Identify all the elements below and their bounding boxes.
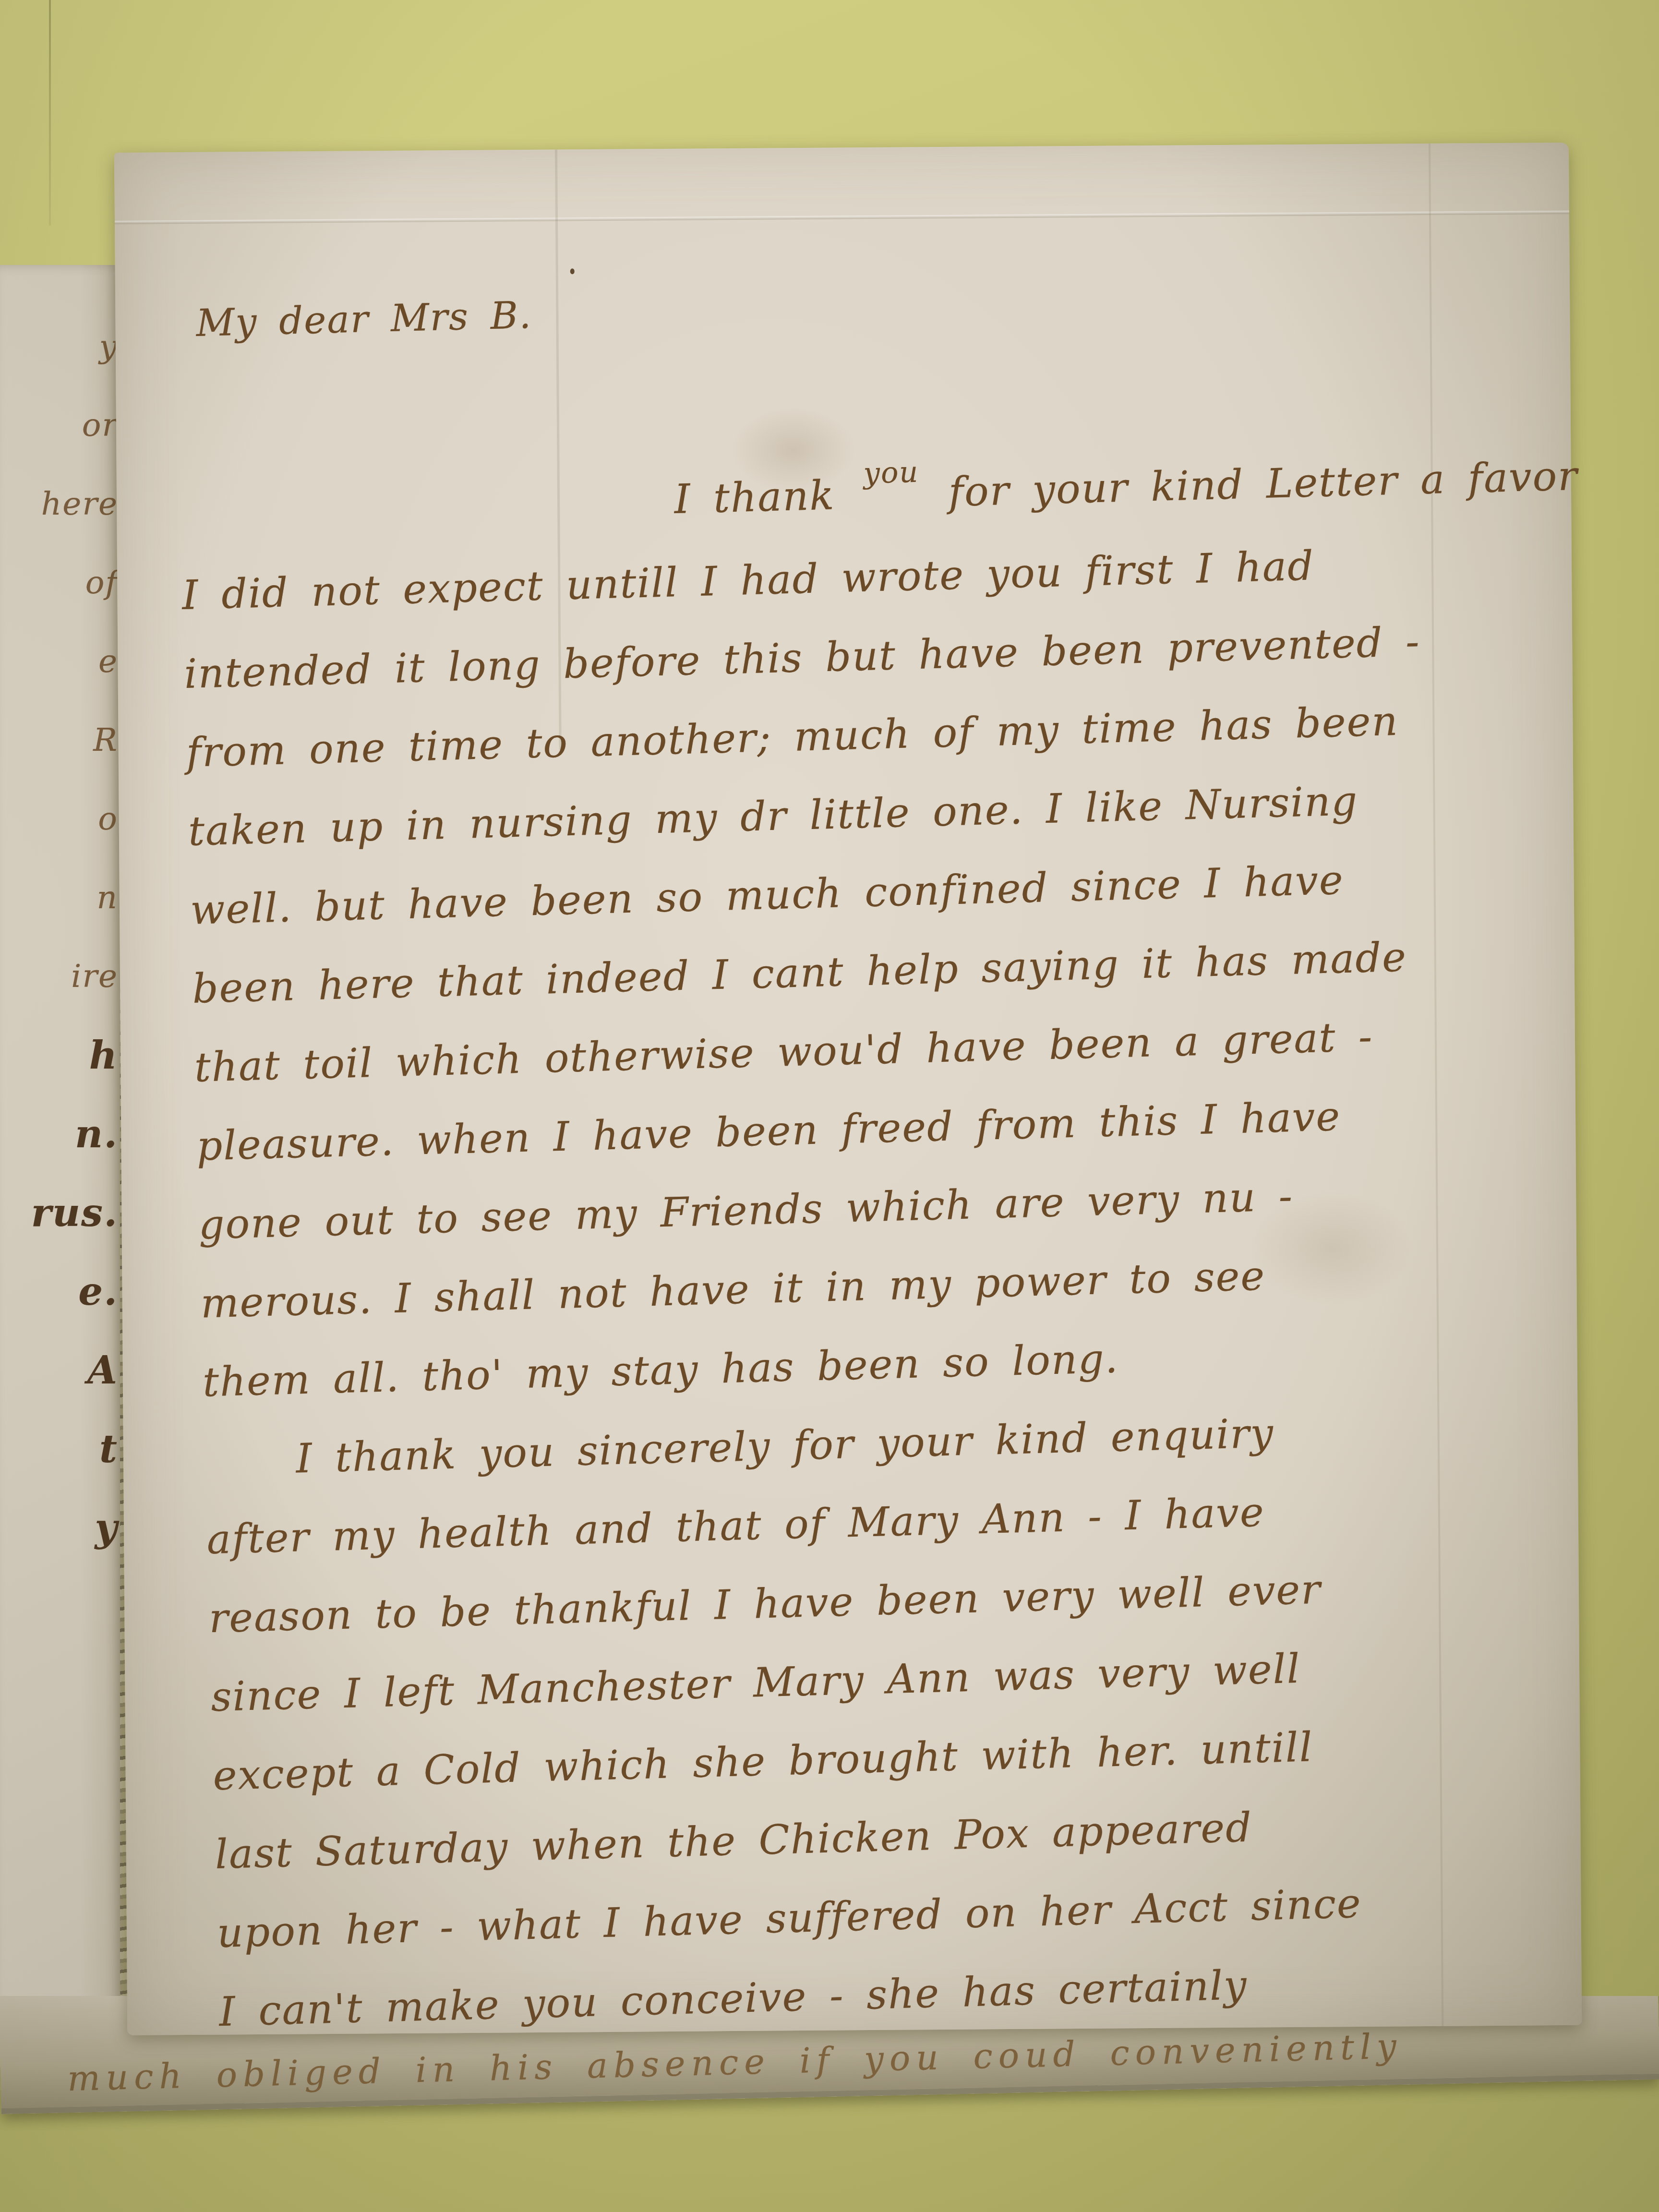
- facing-page-fragment: or: [0, 386, 121, 465]
- background-crease: [49, 0, 51, 226]
- salutation: My dear Mrs B.: [195, 294, 532, 345]
- horizontal-fold-crease: [115, 211, 1569, 224]
- facing-page-fragment: A: [0, 1331, 121, 1409]
- facing-page-fragment: e.: [0, 1252, 121, 1331]
- ink-blot: [570, 268, 575, 274]
- facing-page-fragment: n: [0, 858, 121, 937]
- facing-page-sliver: yorhereofeRonirehn.rus.e.Aty: [0, 265, 123, 2008]
- inserted-word-above-line: you: [863, 433, 920, 513]
- facing-page-fragment: of: [0, 543, 121, 622]
- facing-page-fragment: ire: [0, 937, 121, 1016]
- facing-page-fragment: R: [0, 701, 121, 780]
- facing-page-fragment: e: [0, 622, 121, 701]
- letter-paragraph-2: I thank you sincerely for your kind enqu…: [204, 1385, 1602, 2051]
- facing-page-fragment: h: [0, 1016, 121, 1094]
- facing-page-fragment: rus.: [0, 1173, 121, 1252]
- facing-page-fragment: n.: [0, 1094, 121, 1173]
- facing-page-fragment: y: [0, 1488, 121, 1567]
- facing-page-fragment: t: [0, 1409, 121, 1488]
- letter-body: I thank you for your kind Letter a favor…: [179, 437, 1602, 2051]
- opening-text-after-insert: for your kind Letter a favor: [948, 452, 1579, 516]
- facing-page-fragment: y: [0, 307, 121, 386]
- letter-page: My dear Mrs B. I thank you for your kind…: [114, 143, 1582, 2035]
- opening-text-before-insert: I thank: [673, 471, 835, 523]
- facing-page-fragment: o: [0, 780, 121, 858]
- facing-page-fragment: here: [0, 465, 121, 543]
- letter-paragraph-1: I did not expect untill I had wrote you …: [181, 520, 1586, 1422]
- facing-page-text: yorhereofeRonirehn.rus.e.Aty: [0, 307, 121, 1567]
